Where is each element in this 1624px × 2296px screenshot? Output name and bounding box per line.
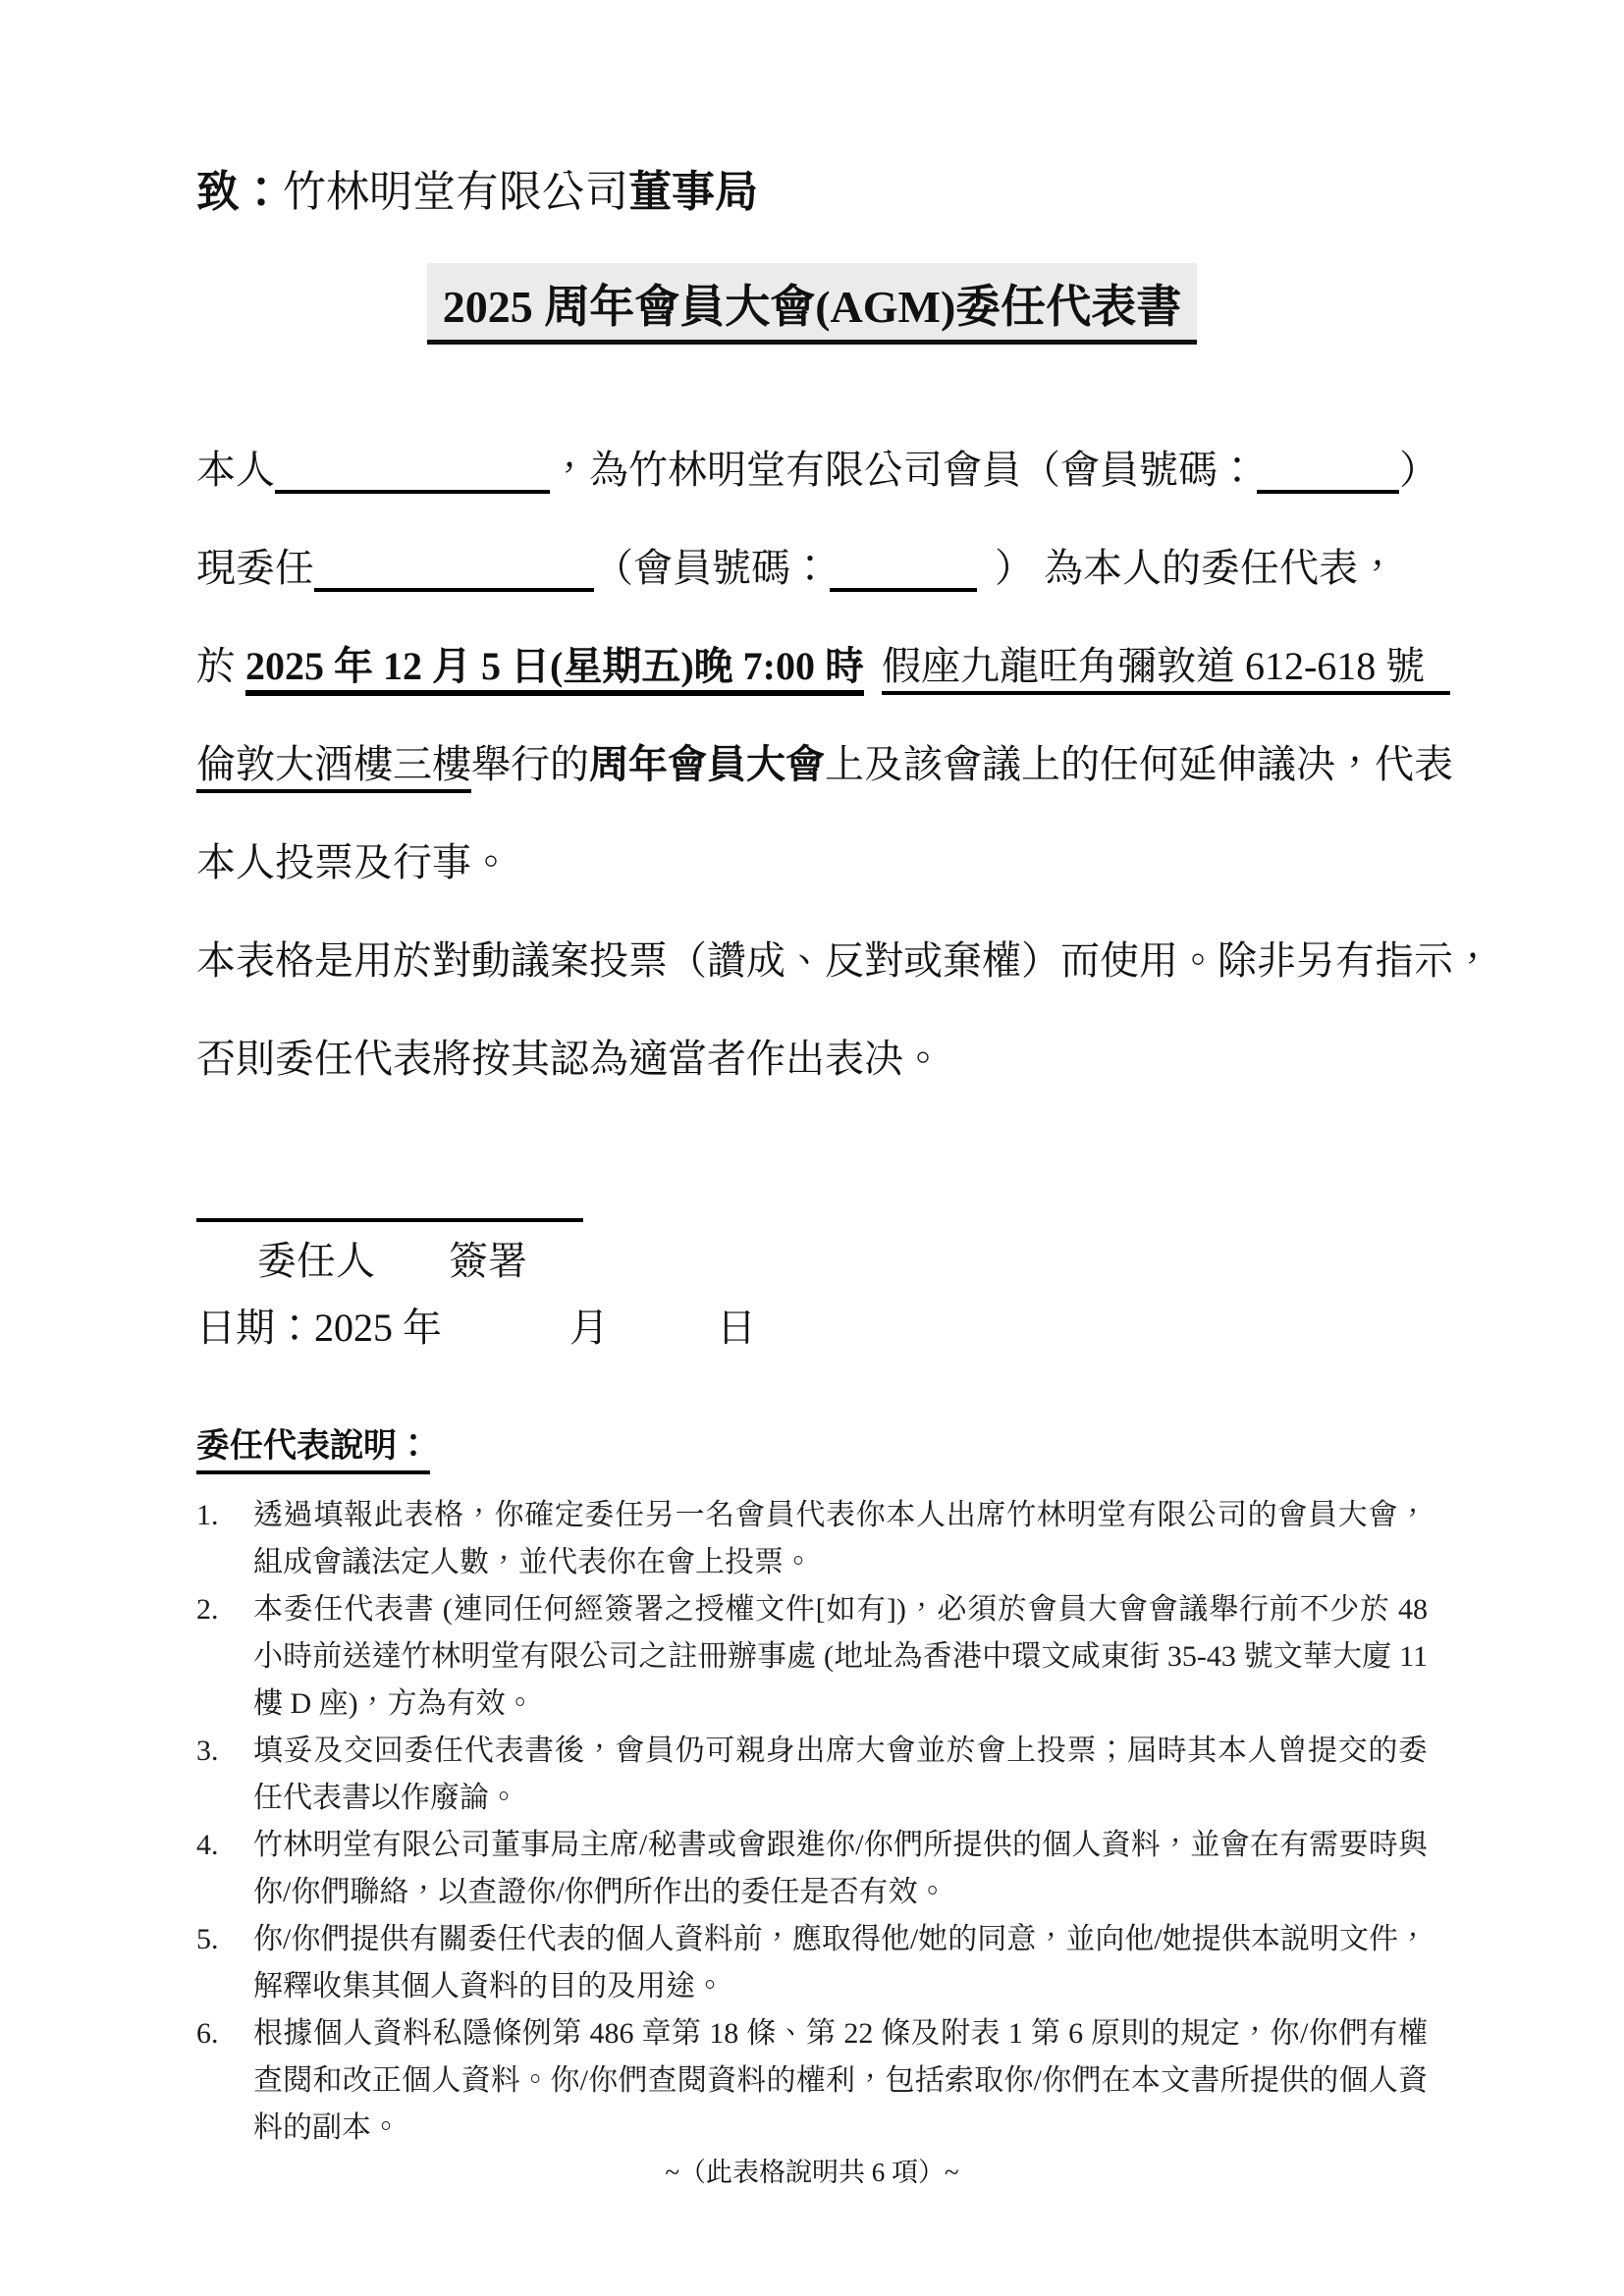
title-row: 2025 周年會員大會(AGM)委任代表書 xyxy=(196,263,1428,345)
note-text: 根據個人資料私隱條例第 486 章第 18 條、第 22 條及附表 1 第 6 … xyxy=(253,2017,1428,2144)
form-line-principal: 本人，為竹林明堂有限公司會員（會員號碼：） xyxy=(196,447,1428,494)
day-label: 日 xyxy=(717,1306,756,1350)
form-paragraph2-line1: 本表格是用於對動議案投票（讚成、反對或棄權）而使用。除非另有指示， xyxy=(196,937,1428,985)
membership-text: ，為竹林明堂有限公司會員（會員號碼： xyxy=(550,448,1257,492)
note-text: 竹林明堂有限公司董事局主席/秘書或會跟進你/你們所提供的個人資料，並會在有需要時… xyxy=(253,1829,1428,1908)
date-line: 日期：2025 年月日 xyxy=(196,1305,1428,1352)
form-line-proxy: 現委任（會員號碼：）為本人的委任代表， xyxy=(196,545,1428,592)
resolution-text: 上及該會議上的任何延伸議决，代表 xyxy=(825,742,1453,786)
addressee-line: 致：竹林明堂有限公司董事局 xyxy=(196,167,1428,218)
note-item-3: 3.填妥及交回委任代表書後，會員仍可親身出席大會並於會上投票；屆時其本人曾提交的… xyxy=(196,1728,1428,1822)
member-number-label-2: （會員號碼： xyxy=(594,546,830,590)
month-label: 月 xyxy=(569,1306,609,1350)
note-item-1: 1.透過填報此表格，你確定委任另一名會員代表你本人出席竹林明堂有限公司的會員大會… xyxy=(196,1492,1428,1586)
vote-act-text: 本人投票及行事。 xyxy=(196,840,511,884)
note-number: 1. xyxy=(196,1492,247,1539)
principal-label: 本人 xyxy=(196,448,275,492)
member-number-blank-1 xyxy=(1257,451,1399,494)
meeting-venue-building: 倫敦大酒樓三樓 xyxy=(196,742,471,793)
proxy-statement: 為本人的委任代表， xyxy=(1044,546,1397,590)
note-number: 6. xyxy=(196,2010,247,2057)
appoint-label: 現委任 xyxy=(196,546,314,590)
document-title: 2025 周年會員大會(AGM)委任代表書 xyxy=(427,263,1198,345)
held-at-text: 舉行的 xyxy=(471,742,589,786)
note-number: 4. xyxy=(196,1822,247,1869)
sign-label: 簽署 xyxy=(449,1239,527,1283)
note-text: 透過填報此表格，你確定委任另一名會員代表你本人出席竹林明堂有限公司的會員大會，組… xyxy=(253,1499,1428,1578)
form-paragraph2-line2: 否則委任代表將按其認為適當者作出表决。 xyxy=(196,1036,1428,1083)
form-line-datetime: 於2025 年 12 月 5 日(星期五)晚 7:00 時假座九龍旺角彌敦道 6… xyxy=(196,643,1428,690)
form-line-vote: 本人投票及行事。 xyxy=(196,839,1428,886)
note-number: 3. xyxy=(196,1728,247,1775)
principal-name-blank xyxy=(275,451,550,494)
date-prefix: 日期：2025 年 xyxy=(196,1306,442,1350)
close-paren-1: ） xyxy=(1399,448,1438,492)
usage-text-2: 否則委任代表將按其認為適當者作出表决。 xyxy=(196,1037,943,1081)
note-item-5: 5.你/你們提供有關委任代表的個人資料前，應取得他/她的同意，並向他/她提供本説… xyxy=(196,1916,1428,2010)
note-number: 5. xyxy=(196,1916,247,1963)
note-text: 你/你們提供有關委任代表的個人資料前，應取得他/她的同意，並向他/她提供本説明文… xyxy=(253,1923,1428,2002)
signature-line xyxy=(196,1218,583,1222)
signer-label: 委任人 xyxy=(257,1239,375,1283)
member-number-blank-2 xyxy=(830,549,977,592)
note-item-2: 2.本委任代表書 (連同任何經簽署之授權文件[如有])，必須於會員大會會議舉行前… xyxy=(196,1586,1428,1728)
proxy-form-page: 致：竹林明堂有限公司董事局 2025 周年會員大會(AGM)委任代表書 本人，為… xyxy=(0,0,1624,2296)
note-text: 本委任代表書 (連同任何經簽署之授權文件[如有])，必須於會員大會會議舉行前不少… xyxy=(253,1593,1428,1720)
meeting-datetime: 2025 年 12 月 5 日(星期五)晚 7:00 時 xyxy=(245,644,864,696)
close-paren-2: ） xyxy=(995,546,1034,590)
notes-list: 1.透過填報此表格，你確定委任另一名會員代表你本人出席竹林明堂有限公司的會員大會… xyxy=(196,1492,1428,2152)
form-block: 本人，為竹林明堂有限公司會員（會員號碼：） 現委任（會員號碼：）為本人的委任代表… xyxy=(196,447,1428,1083)
form-line-venue: 倫敦大酒樓三樓舉行的周年會員大會上及該會議上的任何延伸議决，代表 xyxy=(196,741,1428,788)
usage-text-1: 本表格是用於對動議案投票（讚成、反對或棄權）而使用。除非另有指示， xyxy=(196,938,1492,983)
addressee-to-label: 致： xyxy=(196,168,283,216)
note-number: 2. xyxy=(196,1586,247,1633)
proxy-name-blank xyxy=(314,549,594,592)
board-label: 董事局 xyxy=(628,168,758,216)
note-item-4: 4.竹林明堂有限公司董事局主席/秘書或會跟進你/你們所提供的個人資料，並會在有需… xyxy=(196,1822,1428,1916)
signature-caption: 委任人簽署 xyxy=(196,1238,1428,1285)
page-footer: ~（此表格說明共 6 項）~ xyxy=(196,2156,1428,2189)
meeting-venue-address: 假座九龍旺角彌敦道 612-618 號 xyxy=(882,644,1450,695)
notes-heading-row: 委任代表說明： xyxy=(196,1418,1428,1474)
note-text: 填妥及交回委任代表書後，會員仍可親身出席大會並於會上投票；屆時其本人曾提交的委任… xyxy=(253,1735,1428,1814)
company-name: 竹林明堂有限公司 xyxy=(283,168,628,216)
on-label: 於 xyxy=(196,644,236,688)
notes-heading: 委任代表說明： xyxy=(196,1418,430,1474)
note-item-6: 6.根據個人資料私隱條例第 486 章第 18 條、第 22 條及附表 1 第 … xyxy=(196,2010,1428,2152)
agm-label: 周年會員大會 xyxy=(589,742,825,786)
